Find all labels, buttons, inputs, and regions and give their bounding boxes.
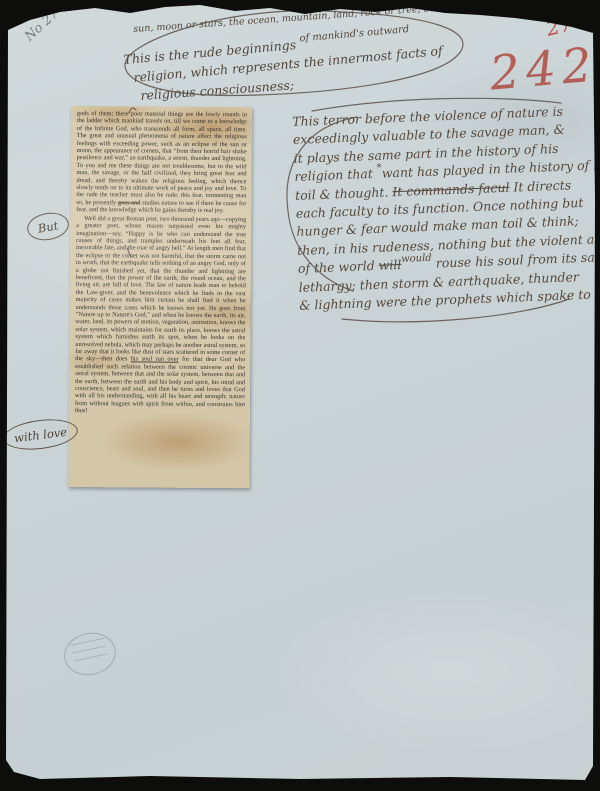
asterisk-insert-mark: * [376, 163, 381, 174]
paper-sheet: No 27 27 242 sun, moon or stars, the oce… [0, 0, 600, 791]
line-5-struck-phrase: It commands facul [392, 179, 510, 198]
line-9-inserted-word: would [401, 253, 432, 265]
clipping-paragraph-2: Well did a great Roman poet, two thousan… [75, 215, 246, 416]
margin-note-with-love-text: with love [13, 424, 67, 444]
clipping-p1-struck-phrase: goes and [118, 199, 140, 206]
newspaper-clipping: gods of them; these poor material things… [68, 106, 252, 488]
line-9-pre: of the world [298, 258, 379, 276]
red-page-number-large: 242 [488, 37, 600, 101]
line-5-post: It directs [509, 177, 571, 194]
clipping-paragraph-1: gods of them; these poor material things… [76, 110, 247, 215]
stamp-line [72, 646, 105, 654]
top-annotation-interlinear-insert: of mankind's outward [299, 24, 410, 45]
top-annotation-inserted-line: sun, moon or stars, the ocean, mountain,… [133, 0, 486, 35]
red-page-number-small: 27 [543, 11, 575, 41]
embossed-stamp [60, 628, 120, 680]
margin-note-but: But [25, 210, 71, 244]
clipping-p2-text-end: for that dear God who established such r… [75, 356, 245, 414]
line-9-struck-word: will [378, 257, 401, 273]
clipping-p2-text: Well did a great Roman poet, two thousan… [75, 215, 246, 363]
right-annotation: This terror before the violence of natur… [292, 101, 600, 316]
stamp-line [74, 653, 107, 661]
stamp-line [71, 638, 104, 646]
margin-note-but-text: But [37, 218, 60, 235]
line-4-word: want [382, 165, 414, 181]
clipping-p2-underlined-phrase: his soul run over [131, 356, 179, 363]
scanned-document: { "corner_marks": { "pencil_number": "No… [0, 0, 600, 791]
line-4-pre: religion that [294, 166, 377, 184]
clipping-p1-text: gods of them; these poor material things… [76, 110, 247, 206]
line-5-pre: toil & thought. [295, 184, 393, 203]
pencil-archive-number: No 27 [22, 7, 62, 45]
